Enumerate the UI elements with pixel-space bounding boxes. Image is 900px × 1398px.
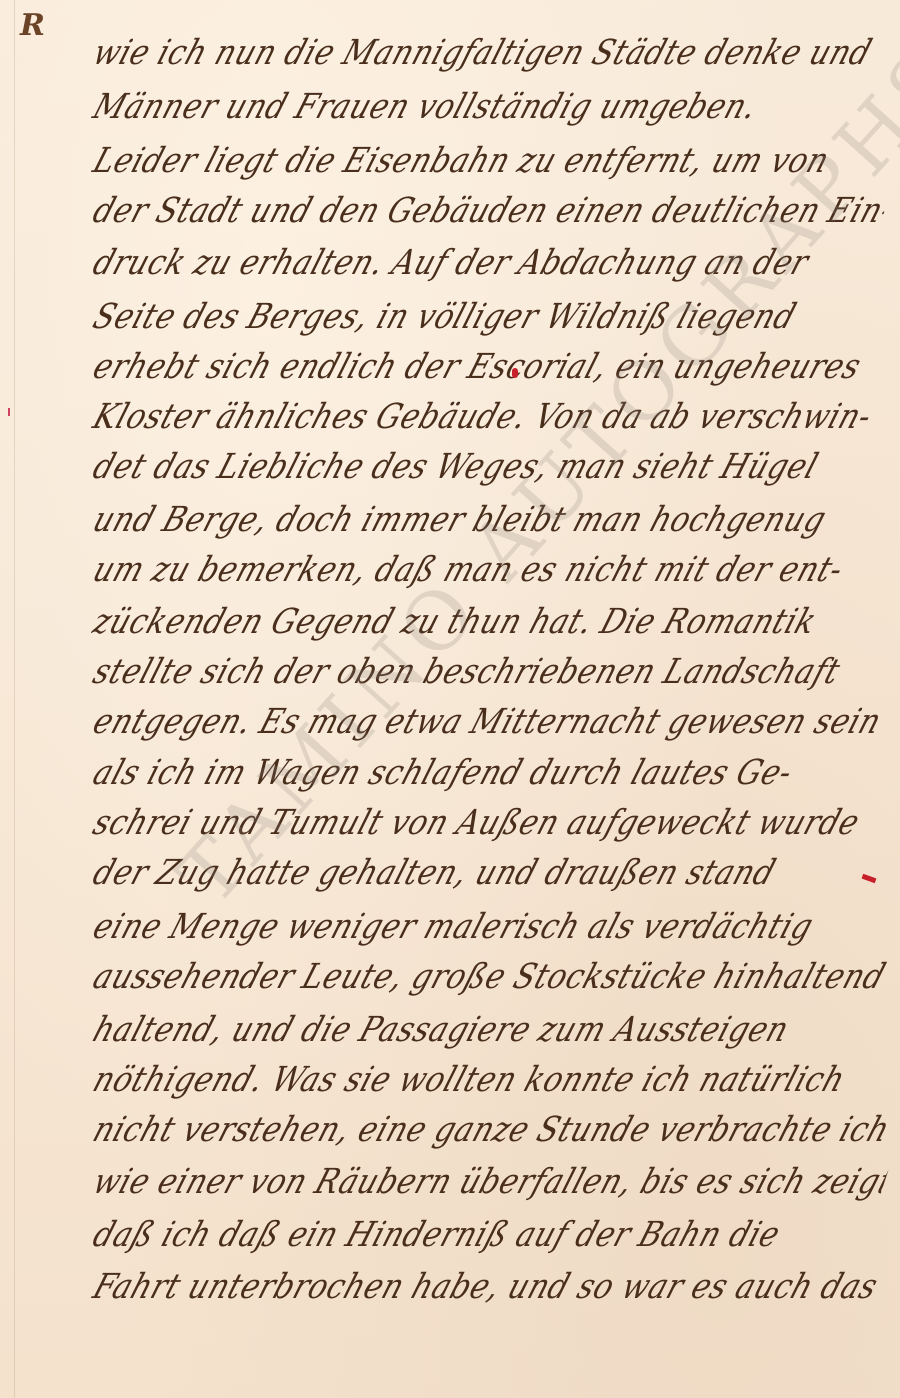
- margin-mark: R: [20, 8, 45, 43]
- text-line: Männer und Frauen vollständig umgeben.: [88, 87, 891, 127]
- text-line: wie ich nun die Mannigfaltigen Städte de…: [88, 33, 891, 73]
- text-line: als ich im Wagen schlafend durch lautes …: [88, 753, 891, 793]
- text-line: Leider liegt die Eisenbahn zu entfernt, …: [88, 141, 891, 181]
- red-ink-mark: [512, 368, 518, 378]
- text-line: haltend, und die Passagiere zum Aussteig…: [88, 1010, 891, 1050]
- text-line: eine Menge weniger malerisch als verdäch…: [88, 907, 891, 947]
- text-line: stellte sich der oben beschriebenen Land…: [88, 652, 891, 692]
- text-line: entgegen. Es mag etwa Mitternacht gewese…: [88, 702, 891, 742]
- text-line: nöthigend. Was sie wollten konnte ich na…: [88, 1060, 891, 1100]
- text-line: Kloster ähnliches Gebäude. Von da ab ver…: [88, 397, 891, 437]
- text-line: nicht verstehen, eine ganze Stunde verbr…: [88, 1110, 891, 1150]
- text-line: erhebt sich endlich der Escorial, ein un…: [88, 347, 891, 387]
- red-ink-mark: [8, 408, 10, 416]
- letter-page: R wie ich nun die Mannigfaltigen Städte …: [0, 0, 900, 1398]
- text-line: det das Liebliche des Weges, man sieht H…: [88, 447, 891, 487]
- text-line: aussehender Leute, große Stockstücke hin…: [88, 957, 891, 997]
- text-line: wie einer von Räubern überfallen, bis es…: [88, 1162, 891, 1202]
- text-line: Fahrt unterbrochen habe, und so war es a…: [88, 1267, 891, 1307]
- text-line: daß ich daß ein Hinderniß auf der Bahn d…: [88, 1215, 891, 1255]
